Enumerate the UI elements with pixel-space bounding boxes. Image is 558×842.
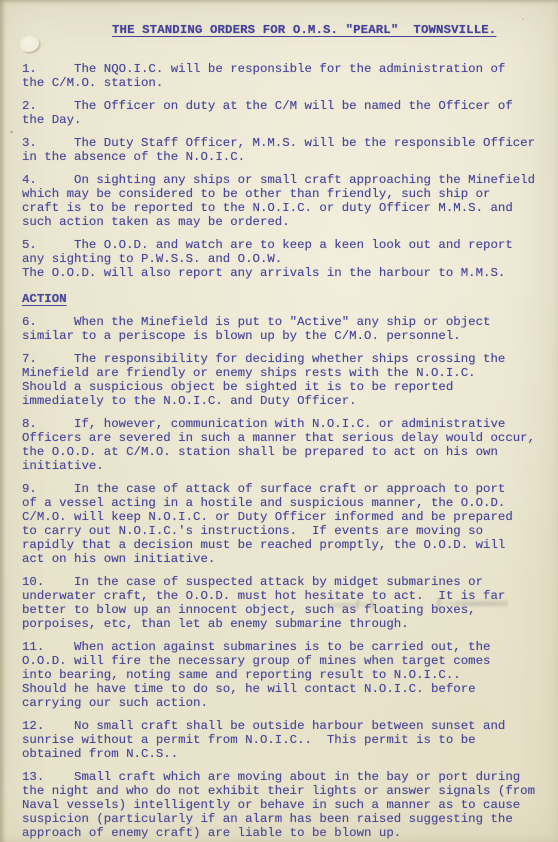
document-page: THE STANDING ORDERS FOR O.M.S. "PEARL" T… bbox=[0, 0, 558, 842]
order-paragraph-6: 6. When the Minefield is put to "Active"… bbox=[22, 315, 544, 343]
order-paragraph-2: 2. The Officer on duty at the C/M will b… bbox=[22, 99, 544, 127]
order-paragraph-5: 5. The O.O.D. and watch are to keep a ke… bbox=[22, 238, 544, 280]
order-paragraph-9: 9. In the case of attack of surface craf… bbox=[22, 482, 544, 566]
order-paragraph-10: 10. In the case of suspected attack by m… bbox=[22, 575, 544, 631]
document-title: THE STANDING ORDERS FOR O.M.S. "PEARL" T… bbox=[112, 23, 496, 37]
section-heading: ACTION bbox=[22, 292, 67, 306]
order-paragraph-11: 11. When action against submarines is to… bbox=[22, 640, 544, 710]
order-paragraph-3: 3. The Duty Staff Officer, M.M.S. will b… bbox=[22, 136, 544, 164]
order-list: 1. The NQO.I.C. will be responsible for … bbox=[22, 62, 544, 840]
order-paragraph-12: 12. No small craft shall be outside harb… bbox=[22, 719, 544, 761]
order-paragraph-8: 8. If, however, communication with N.O.I… bbox=[22, 417, 544, 473]
order-paragraph-13: 13. Small craft which are moving about i… bbox=[22, 770, 544, 840]
order-paragraph-7: 7. The responsibility for deciding wheth… bbox=[22, 352, 544, 408]
scanned-document: { "page": { "paper_color": "#ebe7d2", "i… bbox=[0, 0, 558, 842]
order-paragraph-1: 1. The NQO.I.C. will be responsible for … bbox=[22, 62, 544, 90]
order-paragraph-4: 4. On sighting any ships or small craft … bbox=[22, 173, 544, 229]
